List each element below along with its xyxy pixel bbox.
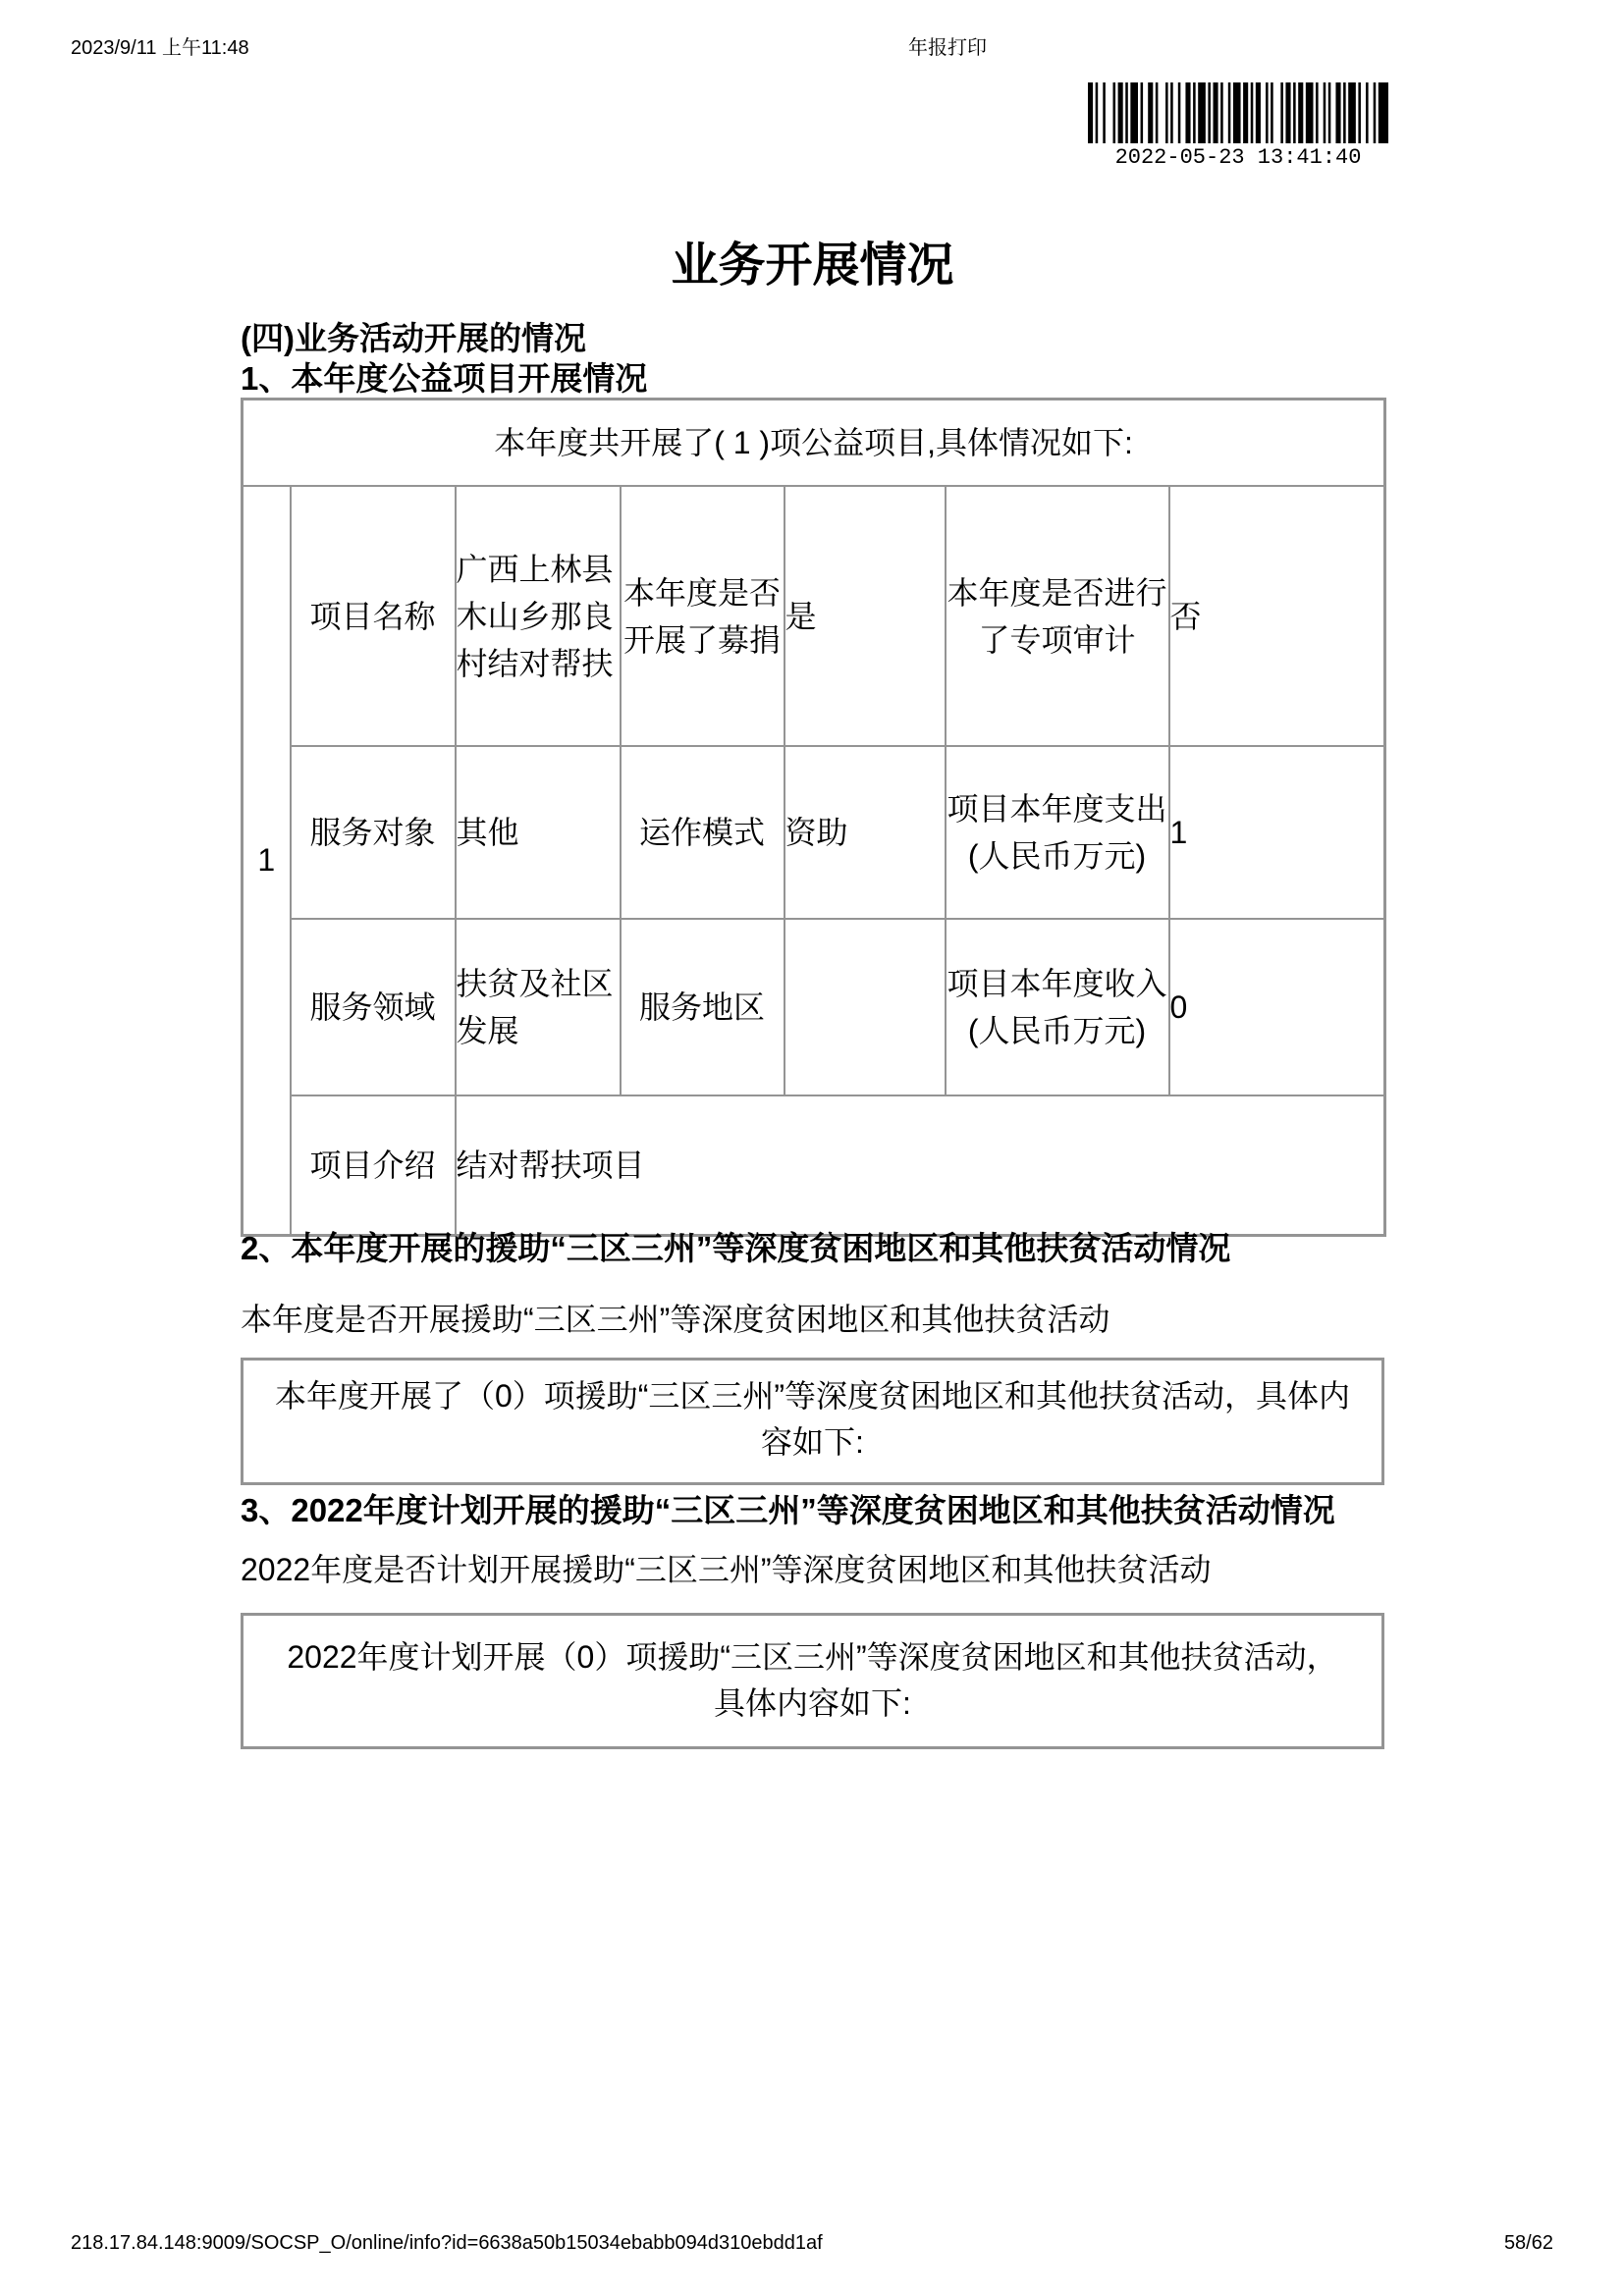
value-year-income: 0 [1169, 919, 1385, 1095]
value-service-object: 其他 [456, 746, 621, 919]
header-title: 年报打印 [908, 35, 987, 61]
subsection2-note-box: 本年度开展了（0）项援助“三区三州”等深度贫困地区和其他扶贫活动，具体内 容如下… [241, 1358, 1384, 1485]
subsection1-heading: 1、本年度公益项目开展情况 [241, 360, 1384, 398]
table-row: 项目介绍 结对帮扶项目 [243, 1095, 1385, 1235]
label-project-name: 项目名称 [291, 486, 456, 746]
footer-url: 218.17.84.148:9009/SOCSP_O/online/info?i… [71, 2230, 823, 2256]
barcode-timestamp: 2022-05-23 13:41:40 [1088, 145, 1388, 171]
label-year-expense: 项目本年度支出(人民币万元) [946, 746, 1169, 919]
label-project-intro: 项目介绍 [291, 1095, 456, 1235]
label-service-area: 服务地区 [621, 919, 784, 1095]
table-row: 1 项目名称 广西上林县木山乡那良村结对帮扶 本年度是否开展了募捐 是 本年度是… [243, 486, 1385, 746]
table-row-summary: 本年度共开展了( 1 )项公益项目,具体情况如下: [243, 400, 1385, 487]
subsection2-heading: 2、本年度开展的援助“三区三州”等深度贫困地区和其他扶贫活动情况 [241, 1230, 1384, 1267]
note-line: 本年度开展了（0）项援助“三区三州”等深度贫困地区和其他扶贫活动，具体内 [243, 1373, 1381, 1419]
label-year-income: 项目本年度收入(人民币万元) [946, 919, 1169, 1095]
subsection3-heading: 3、2022年度计划开展的援助“三区三州”等深度贫困地区和其他扶贫活动情况 [241, 1492, 1384, 1529]
subsection3-question: 2022年度是否计划开展援助“三区三州”等深度贫困地区和其他扶贫活动 [241, 1551, 1384, 1588]
note-line: 容如下: [243, 1419, 1381, 1466]
note-line: 2022年度计划开展（0）项援助“三区三州”等深度贫困地区和其他扶贫活动， [243, 1634, 1381, 1681]
report-page: 2023/9/11 上午11:48 年报打印 2022-05-23 13:41:… [0, 0, 1623, 2296]
value-service-area [784, 919, 946, 1095]
value-year-expense: 1 [1169, 746, 1385, 919]
value-service-field: 扶贫及社区发展 [456, 919, 621, 1095]
barcode-image [1088, 82, 1388, 143]
row-number-cell: 1 [243, 486, 291, 1235]
public-project-table: 本年度共开展了( 1 )项公益项目,具体情况如下: 1 项目名称 广西上林县木山… [241, 398, 1386, 1237]
footer-page-number: 58/62 [1504, 2230, 1553, 2256]
table-summary-cell: 本年度共开展了( 1 )项公益项目,具体情况如下: [243, 400, 1385, 487]
subsection2-question: 本年度是否开展援助“三区三州”等深度贫困地区和其他扶贫活动 [241, 1301, 1384, 1338]
table-row: 服务领域 扶贫及社区发展 服务地区 项目本年度收入(人民币万元) 0 [243, 919, 1385, 1095]
value-project-intro: 结对帮扶项目 [456, 1095, 1385, 1235]
note-line: 具体内容如下: [243, 1681, 1381, 1727]
subsection3-note-box: 2022年度计划开展（0）项援助“三区三州”等深度贫困地区和其他扶贫活动， 具体… [241, 1613, 1384, 1749]
label-service-field: 服务领域 [291, 919, 456, 1095]
label-operation-mode: 运作模式 [621, 746, 784, 919]
value-special-audit: 否 [1169, 486, 1385, 746]
label-service-object: 服务对象 [291, 746, 456, 919]
section-heading: (四)业务活动开展的情况 [241, 320, 1384, 357]
label-special-audit: 本年度是否进行了专项审计 [946, 486, 1169, 746]
label-fundraising: 本年度是否开展了募捐 [621, 486, 784, 746]
value-operation-mode: 资助 [784, 746, 946, 919]
page-title: 业务开展情况 [241, 238, 1384, 294]
value-project-name: 广西上林县木山乡那良村结对帮扶 [456, 486, 621, 746]
table-row: 服务对象 其他 运作模式 资助 项目本年度支出(人民币万元) 1 [243, 746, 1385, 919]
value-fundraising: 是 [784, 486, 946, 746]
header-datetime: 2023/9/11 上午11:48 [71, 35, 249, 61]
